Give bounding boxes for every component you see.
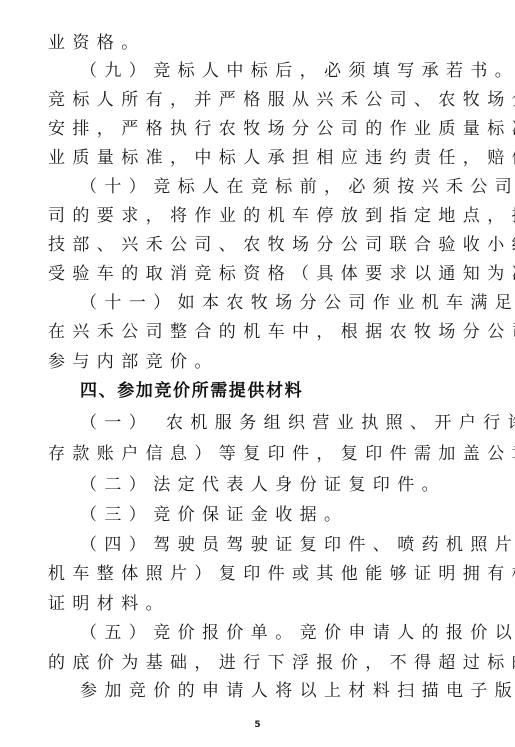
text-line: 竞标人所有，并严格服从兴禾公司、农牧场分公司的管理和 xyxy=(48,89,458,111)
text-line-material-5: （五）竞价报价单。竞价申请人的报价以各单项作业标 xyxy=(80,622,458,644)
text-line-material-2: （二）法定代表人身份证复印件。 xyxy=(80,474,458,496)
text-line: 参与内部竞价。 xyxy=(48,351,458,373)
text-line: 在兴禾公司整合的机车中，根据农牧场分公司的要求，可以 xyxy=(48,321,458,343)
text-line: 受验车的取消竞标资格（具体要求以通知为准）。 xyxy=(48,263,458,285)
text-line: 证明材料。 xyxy=(48,593,458,615)
text-line-material-1: （一） 农机服务组织营业执照、开户行许可证(或基本 xyxy=(80,412,458,434)
text-line-item-9: （九）竞标人中标后，必须填写承若书。承若机车组为 xyxy=(80,60,458,82)
section-heading: 四、参加竞价所需提供材料 xyxy=(80,380,458,402)
document-page: 业资格。 （九）竞标人中标后，必须填写承若书。承若机车组为 竞标人所有，并严格服… xyxy=(0,0,515,747)
text-line: 司的要求，将作业的机车停放到指定地点，接受集团农牧科 xyxy=(48,205,458,227)
text-line: 机车整体照片）复印件或其他能够证明拥有相应农机设备的 xyxy=(48,563,458,585)
text-line-closing: 参加竞价的申请人将以上材料扫描电子版( 编辑 1 个PDF ) xyxy=(80,680,458,702)
text-line-material-4: （四）驾驶员驾驶证复印件、喷药机照片（铭牌照片、 xyxy=(80,534,458,556)
text-line: 技部、兴禾公司、农牧场分公司联合验收小组的验车。不接 xyxy=(48,234,458,256)
text-line: 的底价为基础，进行下浮报价，不得超过标的底价。 xyxy=(48,652,458,674)
text-line: 业资格。 xyxy=(48,32,458,54)
text-line: 存款账户信息）等复印件，复印件需加盖公章。 xyxy=(48,443,458,465)
text-line: 安排，严格执行农牧场分公司的作业质量标准。如未达到作 xyxy=(48,118,458,140)
text-line: 业质量标准，中标人承担相应违约责任，赔偿全部损失。 xyxy=(48,147,458,169)
text-line-item-11: （十一）如本农牧场分公司作业机车满足不了作业需求， xyxy=(80,292,458,314)
text-line-material-3: （三）竞价保证金收据。 xyxy=(80,504,458,526)
text-line-item-10: （十）竞标人在竞标前，必须按兴禾公司和农牧场分公 xyxy=(80,176,458,198)
page-number: 5 xyxy=(0,720,515,730)
